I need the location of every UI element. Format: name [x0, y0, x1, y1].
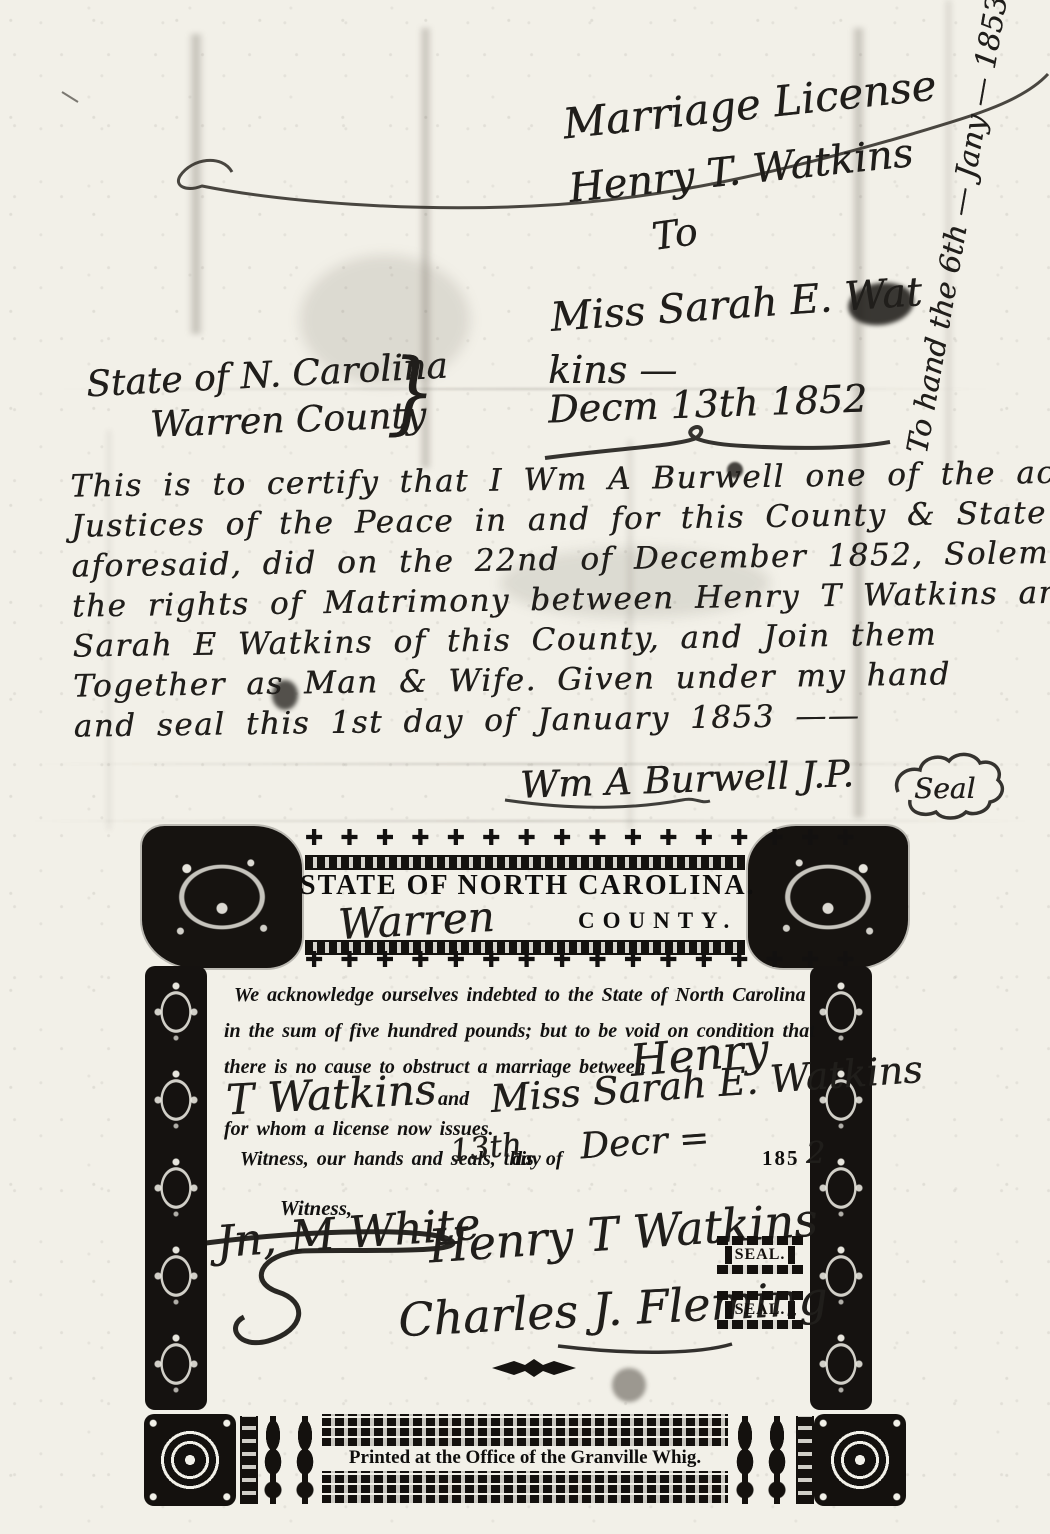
seal-label: SEAL.	[725, 1246, 795, 1264]
seal-border	[717, 1236, 803, 1245]
groom-name-handwritten-2: T Watkins	[225, 1065, 438, 1125]
docket-bride-name: Miss Sarah E. Wat	[549, 269, 924, 341]
heading-brace: }	[386, 341, 436, 445]
seal-stamp: SEAL.	[717, 1291, 803, 1329]
scanned-marriage-license-document: Marriage License Henry T. Watkins To Mis…	[0, 0, 1050, 1534]
and-word: and	[438, 1088, 469, 1111]
jp-signature: Wm A Burwell J.P.	[519, 752, 854, 807]
year-digit-handwritten: 2	[806, 1136, 825, 1171]
month-handwritten: Decr =	[579, 1118, 711, 1168]
jp-seal: Seal	[914, 772, 975, 805]
seal-stamp: SEAL.	[717, 1236, 803, 1274]
chain-border	[322, 1471, 728, 1503]
fold-crease	[188, 34, 204, 334]
printer-imprint: Printed at the Office of the Granville W…	[322, 1447, 728, 1469]
floral-corner-ornament	[142, 826, 302, 968]
chain-border	[305, 855, 745, 870]
rosette-border-left	[145, 966, 207, 1410]
chain-border	[240, 1416, 258, 1504]
corner-medallion	[144, 1414, 236, 1506]
day-of-label: day of	[512, 1148, 563, 1171]
cross-ornament-row: ✚ ✚ ✚ ✚ ✚ ✚ ✚ ✚ ✚ ✚ ✚ ✚ ✚ ✚ ✚ ✚	[305, 826, 745, 851]
palm-ornament	[730, 1416, 760, 1504]
seal-border	[717, 1320, 803, 1329]
year-printed: 185	[762, 1146, 800, 1171]
form-title: STATE OF NORTH CAROLINA.	[300, 870, 750, 902]
seal-border	[717, 1291, 803, 1300]
winged-dingbat	[492, 1359, 576, 1377]
bond-text-line-1: We acknowledge ourselves indebted to the…	[234, 984, 806, 1007]
chain-border	[796, 1416, 814, 1504]
palm-ornament	[290, 1416, 320, 1504]
certificate-text: This is to certify that I Wm A Burwell o…	[70, 455, 1024, 748]
rosette-border-right	[810, 966, 872, 1410]
seal-label: SEAL.	[725, 1301, 795, 1319]
palm-ornament	[258, 1416, 288, 1504]
docket-to: To	[649, 209, 700, 259]
ink-blot	[612, 1368, 646, 1402]
fold-crease	[30, 820, 1030, 822]
seal-border	[717, 1265, 803, 1274]
palm-ornament	[762, 1416, 792, 1504]
cross-ornament-row: ✚ ✚ ✚ ✚ ✚ ✚ ✚ ✚ ✚ ✚ ✚ ✚ ✚ ✚ ✚ ✚	[305, 948, 745, 973]
chain-border	[322, 1414, 728, 1446]
county-label: COUNTY.	[578, 908, 737, 934]
corner-medallion	[814, 1414, 906, 1506]
